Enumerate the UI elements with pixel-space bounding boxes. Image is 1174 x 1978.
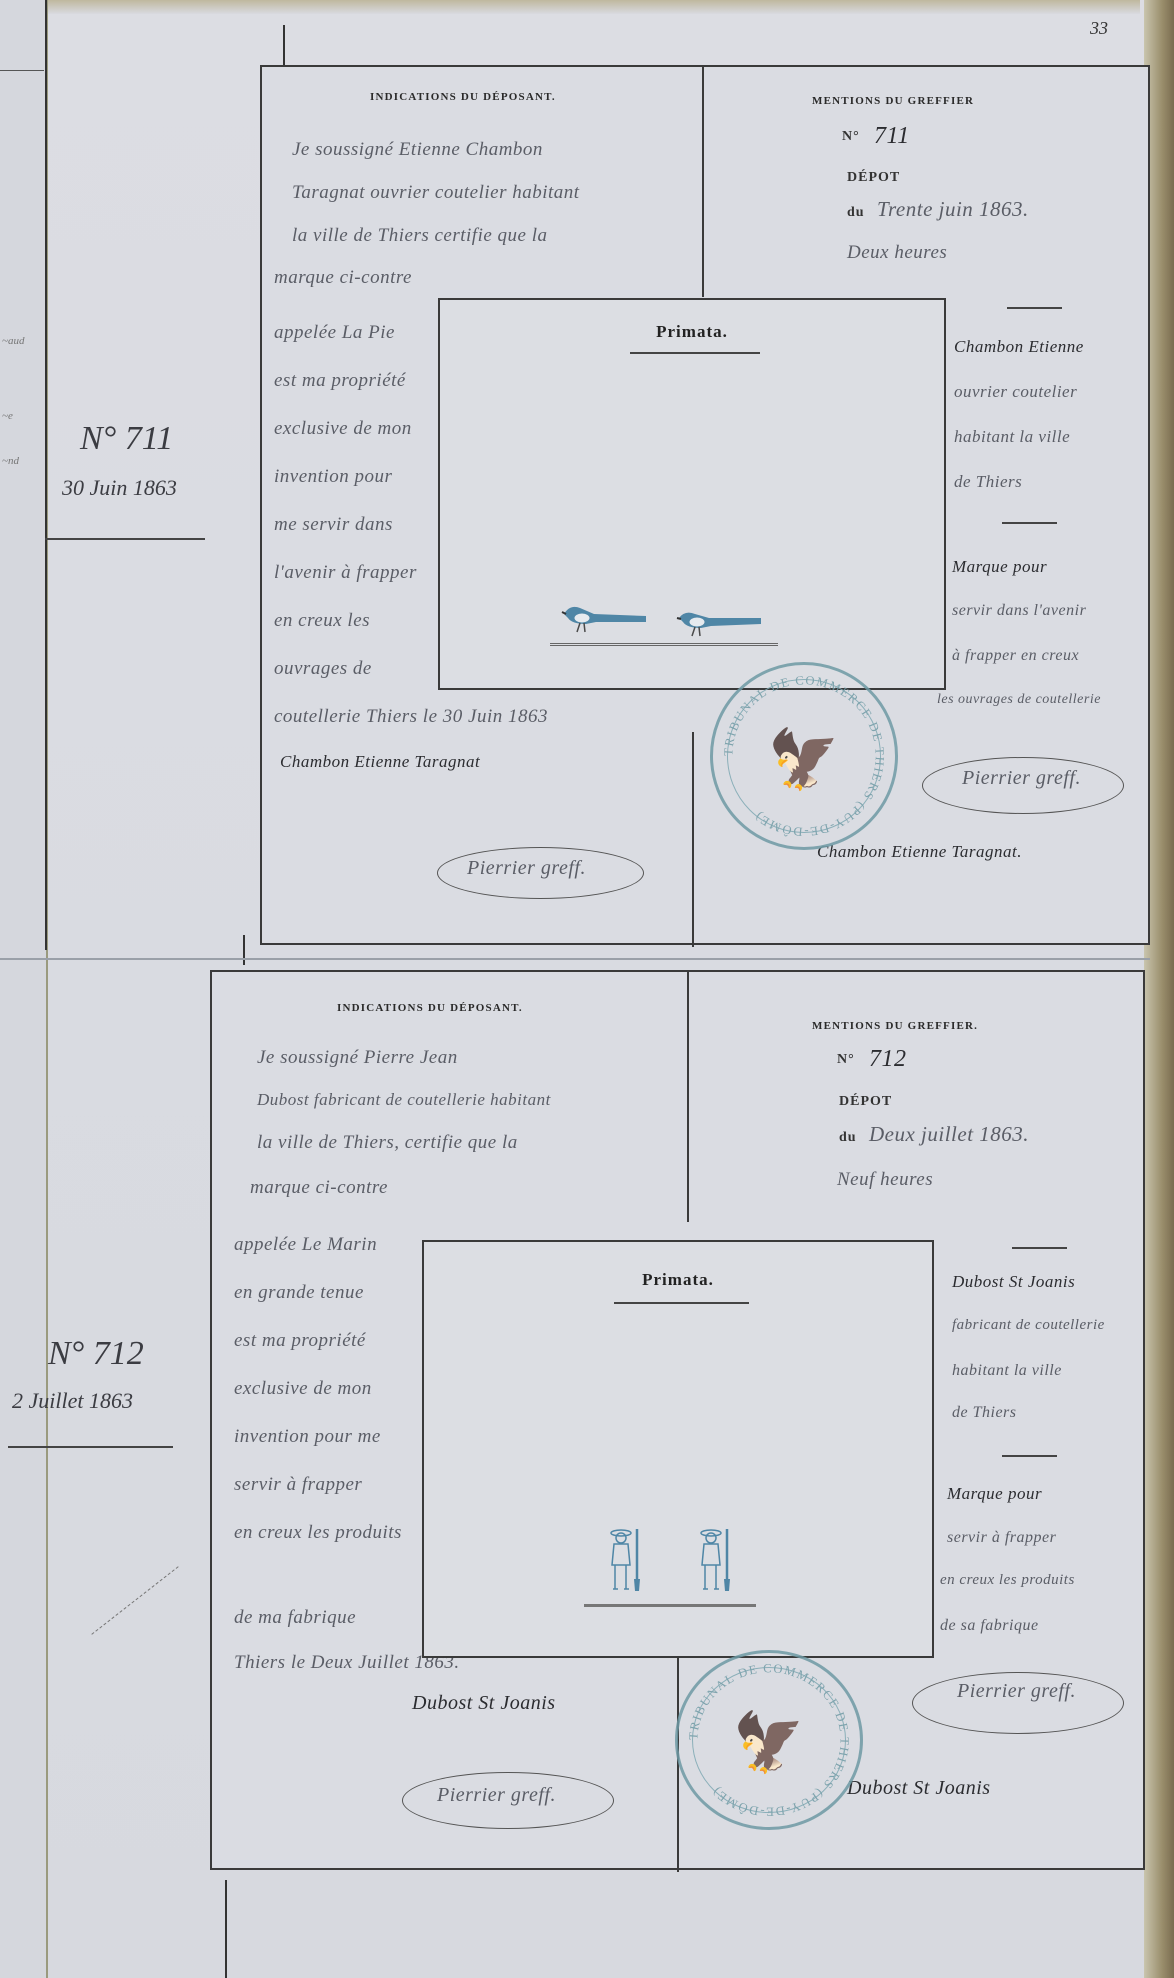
tribunal-stamp: TRIBUNAL DE COMMERCE DE THIERS (PUY-DE-D… [675, 1650, 863, 1830]
imperial-eagle-icon: 🦅 [768, 726, 840, 794]
greffier-depositor-line: de Thiers [954, 472, 1022, 492]
deposant-text-line: me servir dans [274, 514, 393, 536]
deposant-text-line: de ma fabrique [234, 1607, 356, 1629]
deposant-text-line: coutellerie Thiers le 30 Juin 1863 [274, 706, 548, 728]
deposant-greffier-signature: Pierrier greff. [437, 1784, 556, 1807]
deposant-text-line: la ville de Thiers certifie que la [292, 225, 548, 247]
deposant-signature: Dubost St Joanis [412, 1692, 556, 1715]
deposant-text-line: marque ci-contre [274, 267, 412, 289]
margin-pencil-stroke [91, 1566, 178, 1635]
margin-entry-number: N° 711 [80, 420, 173, 458]
depot-date: Deux juillet 1863. [869, 1122, 1029, 1147]
facing-page-edge: ~aud ~e ~nd [0, 0, 48, 1978]
deposant-text-line: exclusive de mon [274, 418, 412, 440]
greffier-depositor-line: de Thiers [952, 1404, 1017, 1422]
column-divider [692, 732, 694, 947]
greffier-number-value: 712 [869, 1046, 907, 1073]
deposant-heading: Indications du déposant. [337, 1002, 523, 1014]
section-separator [1002, 522, 1057, 524]
soldier-mark-icon [699, 1527, 735, 1595]
du-label: du [847, 205, 865, 221]
greffier-depositor-line: Chambon Etienne [954, 337, 1084, 357]
deposant-text-line: invention pour [274, 466, 392, 488]
deposant-greffier-signature: Pierrier greff. [467, 857, 586, 880]
greffier-heading: Mentions du greffier [812, 95, 974, 107]
greffier-number-value: 711 [874, 123, 910, 150]
facing-page-writing: ~nd [2, 455, 19, 467]
section-separator [1002, 1455, 1057, 1457]
deposant-text-line: Dubost fabricant de coutellerie habitant [257, 1090, 551, 1110]
deposant-text-line: appelée Le Marin [234, 1234, 377, 1256]
trademark-box: Primata. [438, 298, 946, 690]
greffier-number-label: N° [842, 129, 860, 145]
margin-rule [283, 25, 285, 65]
greffier-depositor-line: habitant la ville [954, 427, 1070, 447]
depot-time: Neuf heures [837, 1169, 933, 1191]
deposant-text-line: l'avenir à frapper [274, 562, 417, 584]
margin-entry-underline [8, 1446, 173, 1448]
greffier-marque-line: en creux les produits [940, 1572, 1075, 1589]
entry-divider [0, 958, 1150, 960]
greffier-marque-line: de sa fabrique [940, 1617, 1039, 1635]
deposant-text-line: Je soussigné Pierre Jean [257, 1047, 458, 1069]
page-number: 33 [1090, 18, 1108, 39]
deposant-signature: Chambon Etienne Taragnat [280, 752, 480, 772]
greffier-depositor-line: habitant la ville [952, 1362, 1062, 1380]
deposant-heading: Indications du déposant. [370, 91, 556, 103]
tribunal-stamp: TRIBUNAL DE COMMERCE DE THIERS (PUY-DE-D… [710, 662, 898, 850]
greffier-depositor-line: fabricant de coutellerie [952, 1317, 1105, 1334]
magpie-mark-icon [675, 606, 765, 640]
deposant-text-line: en creux les [274, 610, 370, 632]
magpie-mark-icon [560, 600, 650, 636]
page-top-edge [40, 0, 1140, 14]
margin-rule [243, 935, 245, 965]
greffier-marque-line: servir dans l'avenir [952, 602, 1086, 620]
margin-entry-date: 2 Juillet 1863 [12, 1388, 133, 1414]
trademark-title: Primata. [424, 1270, 932, 1290]
deposant-text-line: est ma propriété [274, 370, 406, 392]
facing-page-writing: ~e [2, 410, 13, 422]
margin-rule [225, 1880, 227, 1978]
greffier-depositor-line: Dubost St Joanis [952, 1272, 1075, 1292]
column-divider [702, 67, 704, 297]
depot-label: DÉPOT [839, 1094, 892, 1110]
trademark-base-rule [550, 643, 778, 646]
greffier-depositor-line: ouvrier coutelier [954, 382, 1077, 402]
deposant-text-line: en creux les produits [234, 1522, 402, 1544]
greffier-number-label: N° [837, 1052, 855, 1068]
deposant-text-line: la ville de Thiers, certifie que la [257, 1132, 518, 1154]
greffier-marque-line: Marque pour [952, 557, 1047, 577]
trademark-title-rule [630, 352, 760, 354]
depot-label: DÉPOT [847, 170, 900, 186]
margin-entry-date: 30 Juin 1863 [62, 475, 177, 501]
facing-page-writing: ~aud [2, 335, 24, 347]
section-separator [1007, 307, 1062, 309]
margin-entry-number: N° 712 [48, 1335, 144, 1373]
depot-time: Deux heures [847, 242, 947, 264]
deposant-text-line: Je soussigné Etienne Chambon [292, 139, 543, 161]
deposant-text-line: servir à frapper [234, 1474, 362, 1496]
greffier-marque-line: servir à frapper [947, 1529, 1056, 1547]
deposant-text-line: est ma propriété [234, 1330, 366, 1352]
deposant-text-line: invention pour me [234, 1426, 381, 1448]
deposant-text-line: marque ci-contre [250, 1177, 388, 1199]
facing-page-rule [0, 70, 44, 71]
greffier-signature: Pierrier greff. [957, 1680, 1076, 1703]
margin-entry-underline [45, 538, 205, 540]
register-page: ~aud ~e ~nd 33 N° 711 30 Juin 1863 Indic… [0, 0, 1174, 1978]
greffier-marque-line: Marque pour [947, 1484, 1042, 1504]
trademark-title: Primata. [440, 322, 944, 342]
column-divider [687, 972, 689, 1222]
du-label: du [839, 1130, 857, 1146]
depot-date: Trente juin 1863. [877, 197, 1029, 222]
greffier-depositor-signature: Dubost St Joanis [847, 1777, 991, 1800]
greffier-heading: Mentions du greffier. [812, 1020, 978, 1032]
greffier-marque-line: les ouvrages de coutellerie [937, 692, 1101, 708]
deposant-text-line: ouvrages de [274, 658, 372, 680]
trademark-base-rule [584, 1604, 756, 1607]
deposant-text-line: Taragnat ouvrier coutelier habitant [292, 182, 580, 204]
deposant-text-line: exclusive de mon [234, 1378, 372, 1400]
deposant-text-line: en grande tenue [234, 1282, 364, 1304]
greffier-marque-line: à frapper en creux [952, 647, 1079, 665]
trademark-title-rule [614, 1302, 749, 1304]
soldier-mark-icon [609, 1527, 645, 1595]
deposant-text-line: appelée La Pie [274, 322, 395, 344]
section-separator [1012, 1247, 1067, 1249]
trademark-box: Primata. [422, 1240, 934, 1658]
imperial-eagle-icon: 🦅 [733, 1709, 805, 1777]
margin-rule [45, 0, 47, 950]
greffier-signature: Pierrier greff. [962, 767, 1081, 790]
